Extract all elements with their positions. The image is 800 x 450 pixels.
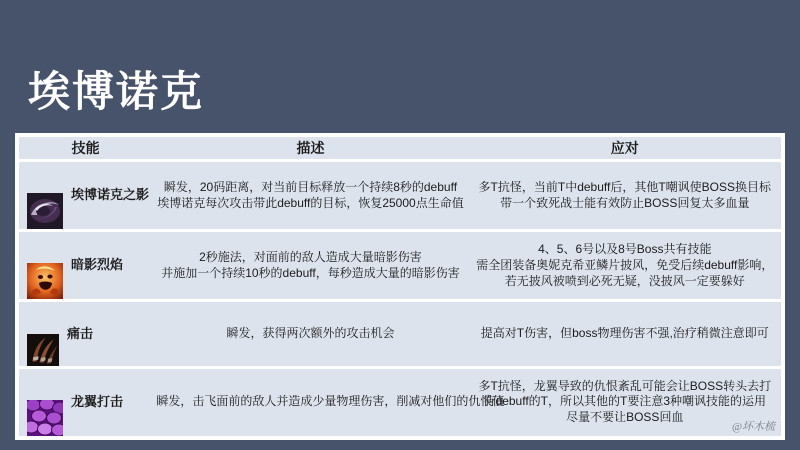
table-row: 暗影烈焰 2秒施法，对面前的敌人造成大量暗影伤害 并施加一个持续10秒的debu… [19,232,781,299]
shadow-flame-icon [27,248,63,284]
author-watermark: @坏木梳 [732,418,775,434]
table-row: 龙翼打击 瞬发，击飞面前的敌人并造成少量物理伤害，削减对他们的仇恨值 多T抗怪，… [19,369,781,436]
skill-description: 瞬发，20码距离，对当前目标释放一个持续8秒的debuff 埃博诺克每次攻击带此… [152,162,468,229]
table-header-row: 技能 描述 应对 [19,137,781,159]
column-header-response: 应对 [469,137,781,159]
shadow-of-ebonroc-icon [27,178,63,214]
skill-description: 瞬发，获得两次额外的攻击机会 [152,302,468,365]
skill-name: 龙翼打击 [71,394,123,411]
column-header-description: 描述 [152,137,468,159]
table-row: 埃博诺克之影 瞬发，20码距离，对当前目标释放一个持续8秒的debuff 埃博诺… [19,162,781,229]
skill-table-panel: 技能 描述 应对 埃博诺克 [15,133,785,440]
skill-response: 提高对T伤害，但boss物理伤害不强,治疗稍微注意即可 [469,302,781,365]
wing-buffet-icon [27,384,63,420]
skill-cell: 埃博诺克之影 [19,162,152,229]
column-header-skill: 技能 [19,137,152,159]
skill-table: 技能 描述 应对 埃博诺克 [19,134,781,439]
table-row: 痛击 瞬发，获得两次额外的攻击机会 提高对T伤害，但boss物理伤害不强,治疗稍… [19,302,781,365]
skill-description: 瞬发，击飞面前的敌人并造成少量物理伤害，削减对他们的仇恨值 [152,369,468,436]
skill-name: 痛击 [67,326,93,343]
skill-name: 暗影烈焰 [71,257,123,274]
thrash-icon [27,318,59,350]
skill-name: 埃博诺克之影 [71,187,149,204]
skill-response: 4、5、6号以及8号Boss共有技能 需全团装备奥妮克希亚鳞片披风，免受后续de… [469,232,781,299]
skill-description: 2秒施法，对面前的敌人造成大量暗影伤害 并施加一个持续10秒的debuff，每秒… [152,232,468,299]
page-title: 埃博诺克 [28,72,204,114]
skill-response: 多T抗怪，当前T中debuff后，其他T嘲讽使BOSS换目标 带一个致死战士能有… [469,162,781,229]
